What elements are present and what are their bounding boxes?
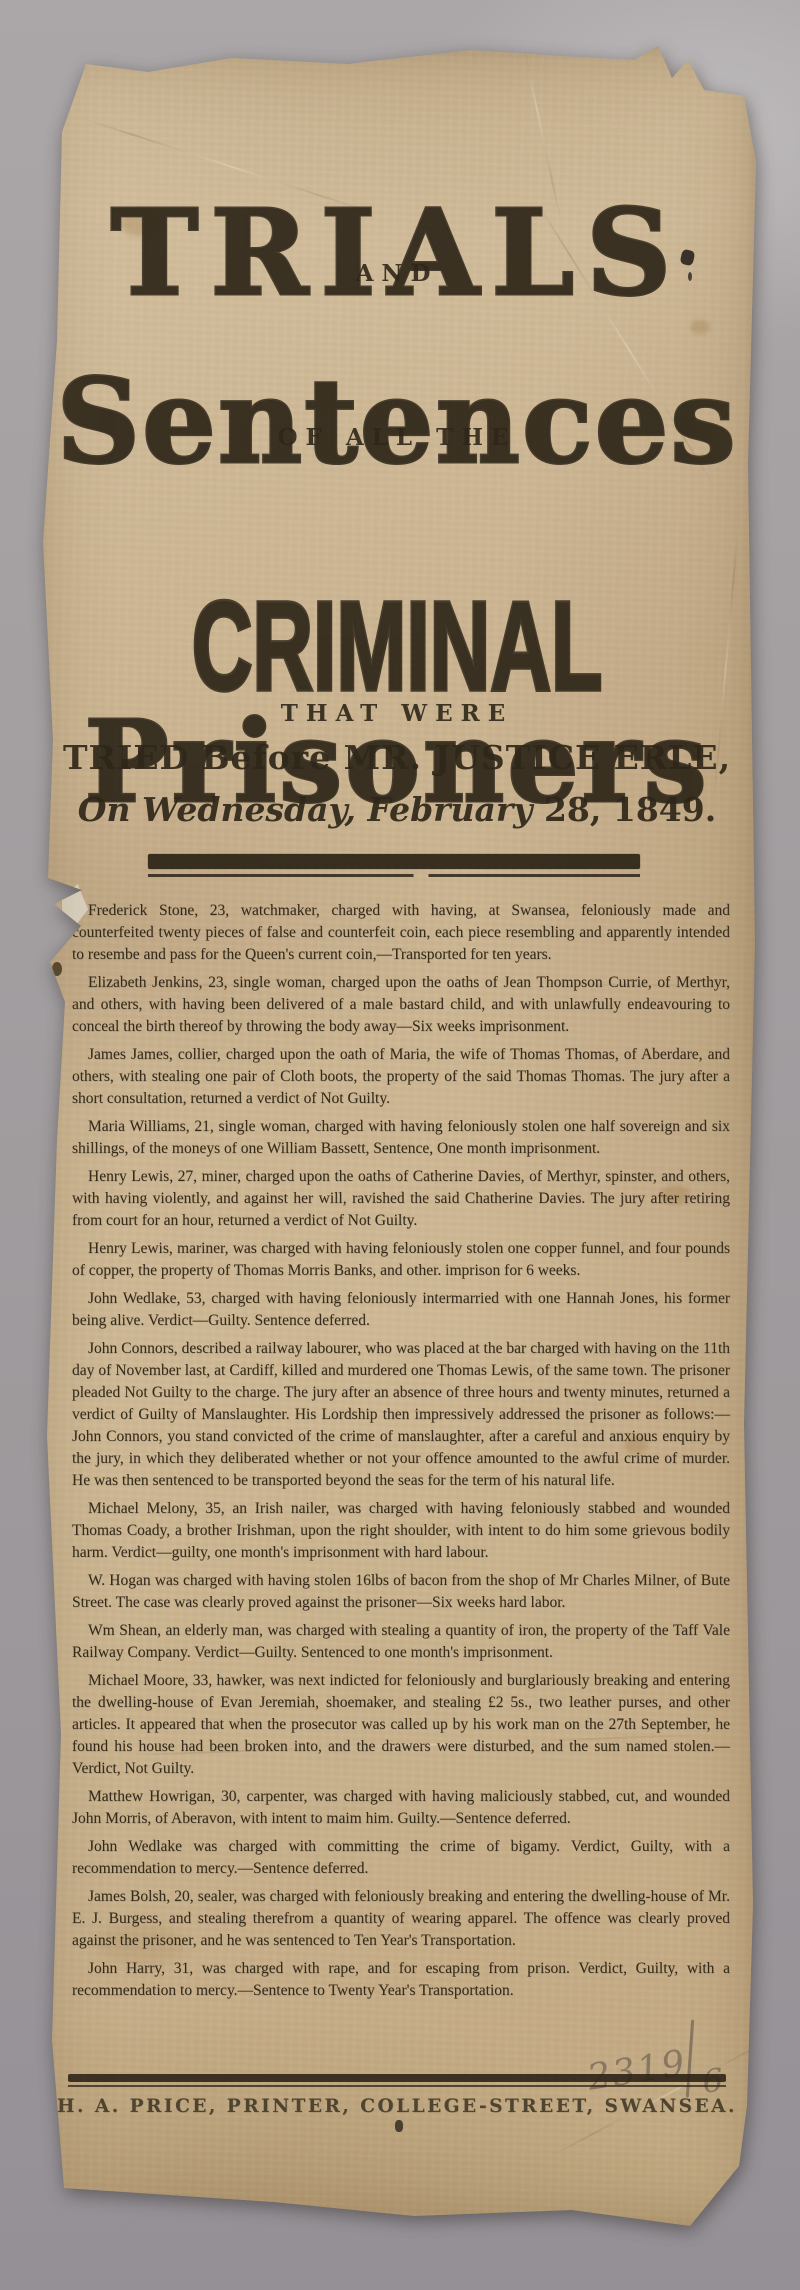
ink-speck xyxy=(395,2120,403,2132)
case-paragraph-john-wedlake: John Wedlake, 53, charged with having fe… xyxy=(72,1288,730,1332)
subtitle-that-were: THAT WERE xyxy=(36,700,758,727)
case-paragraph-frederick-stone: Frederick Stone, 23, watchmaker, charged… xyxy=(72,900,730,966)
tried-before-line: TRIED Before MR. JUSTICE ERLE, xyxy=(36,738,758,777)
broadside-paper: TRIALS AND Sentences OF ALL THE CRIMINAL… xyxy=(36,44,758,2230)
case-paragraph-henry-lewis-miner: Henry Lewis, 27, miner, charged upon the… xyxy=(72,1166,730,1232)
header-rule-thick-bar xyxy=(148,854,640,869)
subtitle-of-all-the: OF ALL THE xyxy=(36,424,758,451)
case-paragraph-john-wedlake-bigamy: John Wedlake was charged with committing… xyxy=(72,1836,730,1880)
case-paragraph-matthew-howrigan: Matthew Howrigan, 30, carpenter, was cha… xyxy=(72,1786,730,1830)
case-paragraph-james-james: James James, collier, charged upon the o… xyxy=(72,1044,730,1110)
case-paragraph-w-hogan: W. Hogan was charged with having stolen … xyxy=(72,1570,730,1614)
case-paragraph-maria-williams: Maria Williams, 21, single woman, charge… xyxy=(72,1116,730,1160)
date-line: On Wednesday, February 28, 1849. xyxy=(36,790,758,829)
header-rule-thin-line xyxy=(148,874,640,877)
case-paragraph-henry-lewis-mariner: Henry Lewis, mariner, was charged with h… xyxy=(72,1238,730,1282)
header-rule xyxy=(148,854,640,877)
ink-speck xyxy=(52,962,62,976)
scanned-sheet-container: TRIALS AND Sentences OF ALL THE CRIMINAL… xyxy=(36,44,758,2230)
footer-rule-thick-bar xyxy=(68,2074,726,2082)
date-line-plain-part: 28, 1849. xyxy=(532,790,716,829)
footer-rule-thin-line xyxy=(68,2085,726,2087)
title-and: AND xyxy=(36,260,758,287)
case-paragraph-michael-melony: Michael Melony, 35, an Irish nailer, was… xyxy=(72,1498,730,1564)
case-report-column: Frederick Stone, 23, watchmaker, charged… xyxy=(72,900,730,2008)
case-paragraph-john-connors: John Connors, described a railway labour… xyxy=(72,1338,730,1492)
handwritten-number: 2319 xyxy=(585,2043,690,2099)
date-line-italic-part: On Wednesday, February xyxy=(78,790,533,829)
title-sentences: Sentences xyxy=(36,354,758,490)
printer-imprint: H. A. PRICE, PRINTER, COLLEGE-STREET, SW… xyxy=(36,2096,758,2117)
title-trials: TRIALS xyxy=(36,183,758,322)
footer-rule xyxy=(68,2074,726,2087)
case-paragraph-james-bolsh: James Bolsh, 20, sealer, was charged wit… xyxy=(72,1886,730,1952)
case-paragraph-john-harry: John Harry, 31, was charged with rape, a… xyxy=(72,1958,730,2002)
ink-speck xyxy=(50,940,59,952)
foxing-stain xyxy=(690,320,710,334)
case-paragraph-michael-moore: Michael Moore, 33, hawker, was next indi… xyxy=(72,1670,730,1780)
case-paragraph-wm-shean: Wm Shean, an elderly man, was charged wi… xyxy=(72,1620,730,1664)
case-paragraph-elizabeth-jenkins: Elizabeth Jenkins, 23, single woman, cha… xyxy=(72,972,730,1038)
